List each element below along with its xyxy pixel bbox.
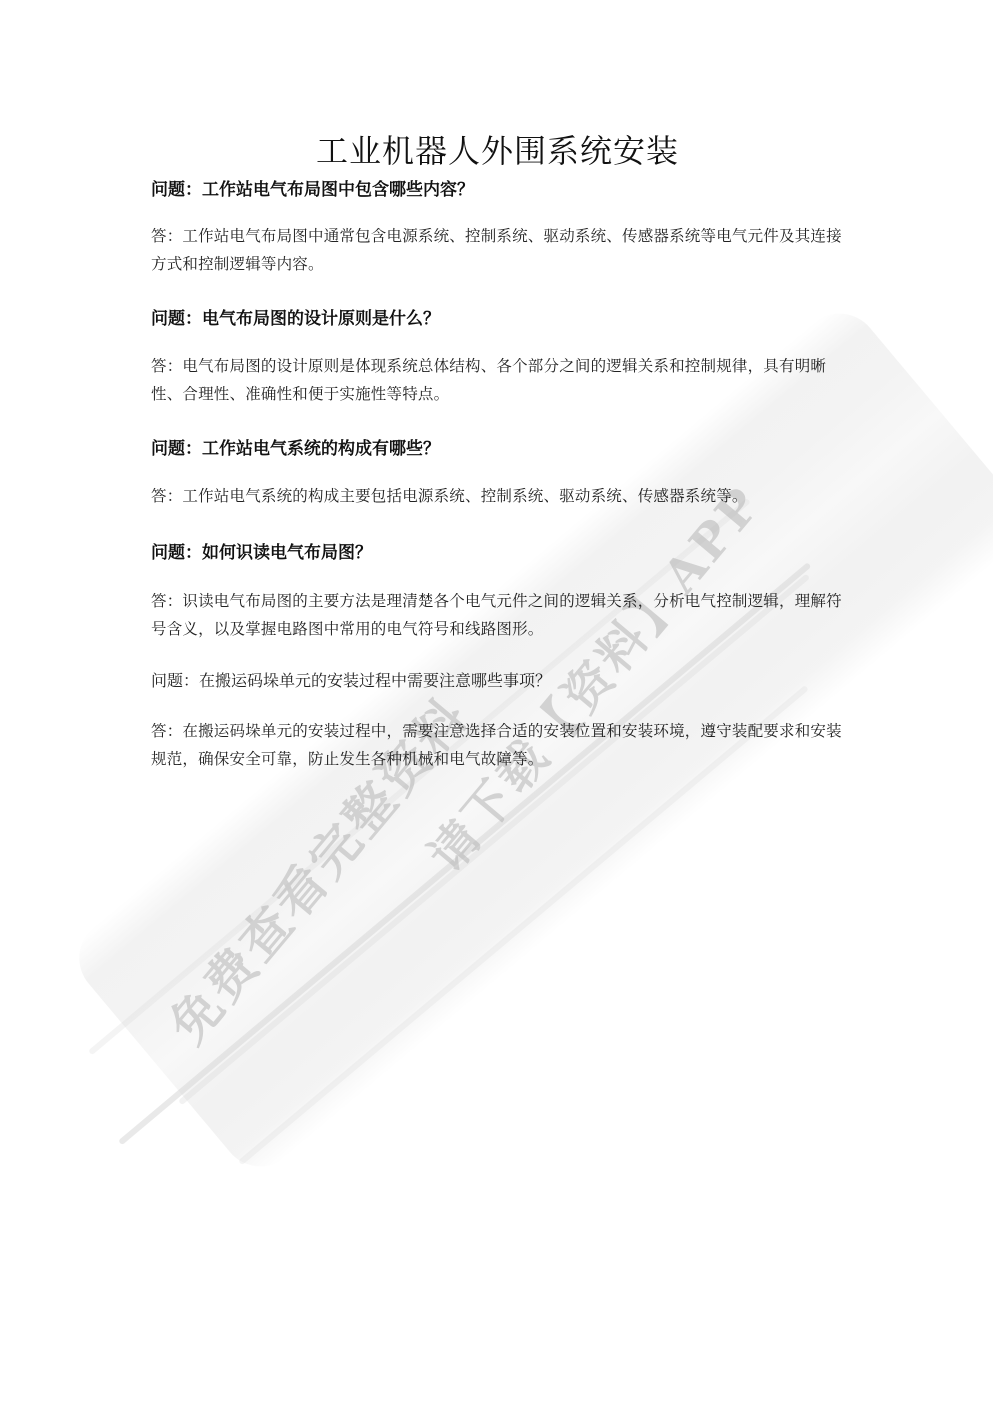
document-page: 免费查看完整资料 请下载【资料】APP 工业机器人外围系统安装 问题：工作站电气…	[0, 0, 993, 1404]
question-3: 问题：工作站电气系统的构成有哪些？	[151, 434, 440, 459]
document-title: 工业机器人外围系统安装	[151, 126, 844, 172]
question-1: 问题：工作站电气布局图中包含哪些内容？	[151, 175, 474, 200]
question-2: 问题：电气布局图的设计原则是什么？	[151, 304, 440, 329]
question-5: 问题：在搬运码垛单元的安装过程中需要注意哪些事项？	[151, 668, 551, 691]
answer-1: 答：工作站电气布局图中通常包含电源系统、控制系统、驱动系统、传感器系统等电气元件…	[151, 222, 846, 278]
question-4: 问题：如何识读电气布局图？	[151, 538, 372, 563]
answer-4: 答：识读电气布局图的主要方法是理清楚各个电气元件之间的逻辑关系，分析电气控制逻辑…	[151, 587, 846, 643]
answer-2: 答：电气布局图的设计原则是体现系统总体结构、各个部分之间的逻辑关系和控制规律，具…	[151, 352, 846, 408]
answer-5: 答：在搬运码垛单元的安装过程中，需要注意选择合适的安装位置和安装环境，遵守装配要…	[151, 717, 846, 773]
answer-3: 答：工作站电气系统的构成主要包括电源系统、控制系统、驱动系统、传感器系统等。	[151, 482, 846, 510]
